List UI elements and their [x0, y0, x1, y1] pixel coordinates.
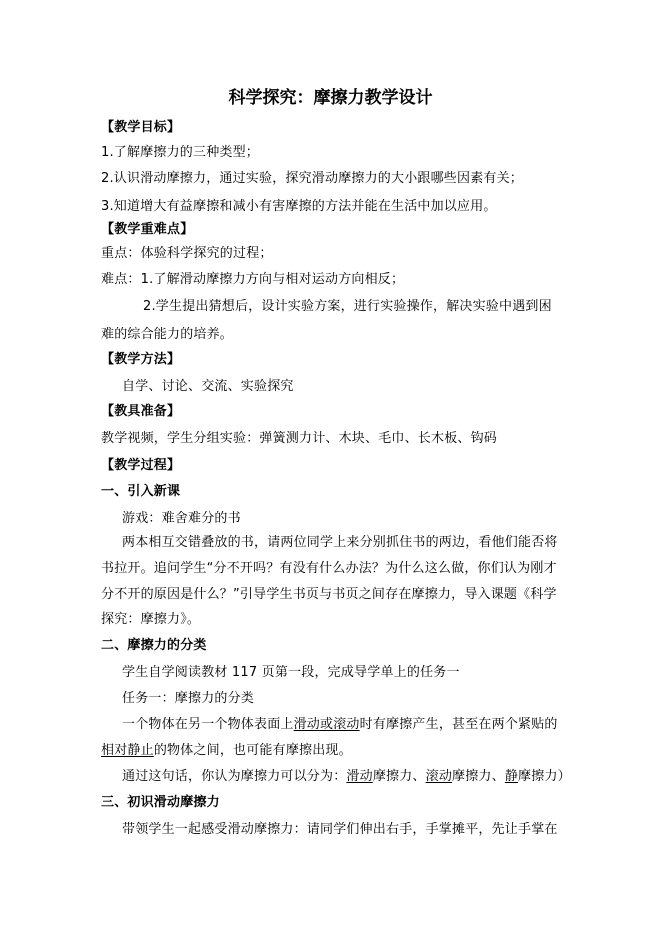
key-point: 重点：体验科学探究的过程；	[101, 246, 273, 262]
part1-heading: 一、引入新课	[101, 484, 180, 500]
part1-paragraph: 书拉开。追问学生“分不开吗？有没有什么办法？为什么这么做，你们认为刚才	[101, 561, 557, 577]
part2-sentence-cont: 相对静止的物体之间，也可能有摩擦出现。	[101, 743, 352, 759]
part2-question: 通过这句话，你认为摩擦力可以分为：滑动摩擦力、滚动摩擦力、静摩擦力）	[122, 769, 571, 785]
text: 通过这句话，你认为摩擦力可以分为：	[122, 769, 346, 784]
section-heading-methods: 【教学方法】	[101, 352, 180, 368]
text: 摩擦力）	[518, 769, 571, 784]
section-heading-key-points: 【教学重难点】	[101, 222, 193, 238]
part3-text: 带领学生一起感受滑动摩擦力：请同学们伸出右手，手掌摊平，先让手掌在	[122, 822, 558, 838]
part2-sentence: 一个物体在另一个物体表面上滑动或滚动时有摩擦产生，甚至在两个紧贴的	[122, 717, 558, 733]
part1-game: 游戏：难舍难分的书	[122, 511, 241, 527]
methods-text: 自学、讨论、交流、实验探究	[122, 379, 294, 395]
underlined-answer: 滚动	[426, 769, 452, 784]
text: 摩擦力、	[452, 769, 505, 784]
text: 时有摩擦产生，甚至在两个紧贴的	[360, 717, 558, 732]
difficult-point: 难点：1.了解滑动摩擦力方向与相对运动方向相反；	[101, 272, 404, 288]
text: 一个物体在另一个物体表面上	[122, 717, 294, 732]
goal-item: 3.知道增大有益摩擦和减小有害摩擦的方法并能在生活中加以应用。	[101, 199, 497, 215]
goal-item: 1.了解摩擦力的三种类型；	[101, 145, 259, 161]
part3-heading: 三、初识滑动摩擦力	[101, 795, 220, 811]
underlined-answer: 滑动或滚动	[294, 717, 360, 732]
difficult-point-cont: 难的综合能力的培养。	[101, 327, 233, 343]
section-heading-materials: 【教具准备】	[101, 404, 180, 420]
text: 摩擦力、	[373, 769, 426, 784]
difficult-point: 2.学生提出猜想后，设计实验方案，进行实验操作，解决实验中遇到困	[143, 299, 552, 315]
section-heading-process: 【教学过程】	[101, 458, 180, 474]
part1-paragraph: 分不开的原因是什么？”引导学生书页与书页之间存在摩擦力，导入课题《科学	[101, 587, 557, 603]
text: 的物体之间，也可能有摩擦出现。	[154, 743, 352, 758]
section-heading-goals: 【教学目标】	[101, 120, 180, 136]
part2-task: 任务一：摩擦力的分类	[122, 691, 254, 707]
part2-heading: 二、摩擦力的分类	[101, 638, 207, 654]
underlined-answer: 滑动	[346, 769, 372, 784]
document-title: 科学探究：摩擦力教学设计	[0, 88, 661, 108]
underlined-answer: 相对静止	[101, 743, 154, 758]
part1-paragraph: 两本相互交错叠放的书，请两位同学上来分别抓住书的两边，看他们能否将	[122, 535, 558, 551]
underlined-answer: 静	[505, 769, 518, 784]
part1-paragraph: 探究：摩擦力》。	[101, 612, 200, 628]
goal-item: 2.认识滑动摩擦力，通过实验，探究滑动摩擦力的大小跟哪些因素有关；	[101, 171, 523, 187]
materials-text: 教学视频，学生分组实验：弹簧测力计、木块、毛巾、长木板、钩码	[101, 431, 497, 447]
document-page: 科学探究：摩擦力教学设计 【教学目标】 1.了解摩擦力的三种类型； 2.认识滑动…	[0, 0, 661, 935]
part2-reading: 学生自学阅读教材 117 页第一段，完成导学单上的任务一	[122, 665, 460, 681]
